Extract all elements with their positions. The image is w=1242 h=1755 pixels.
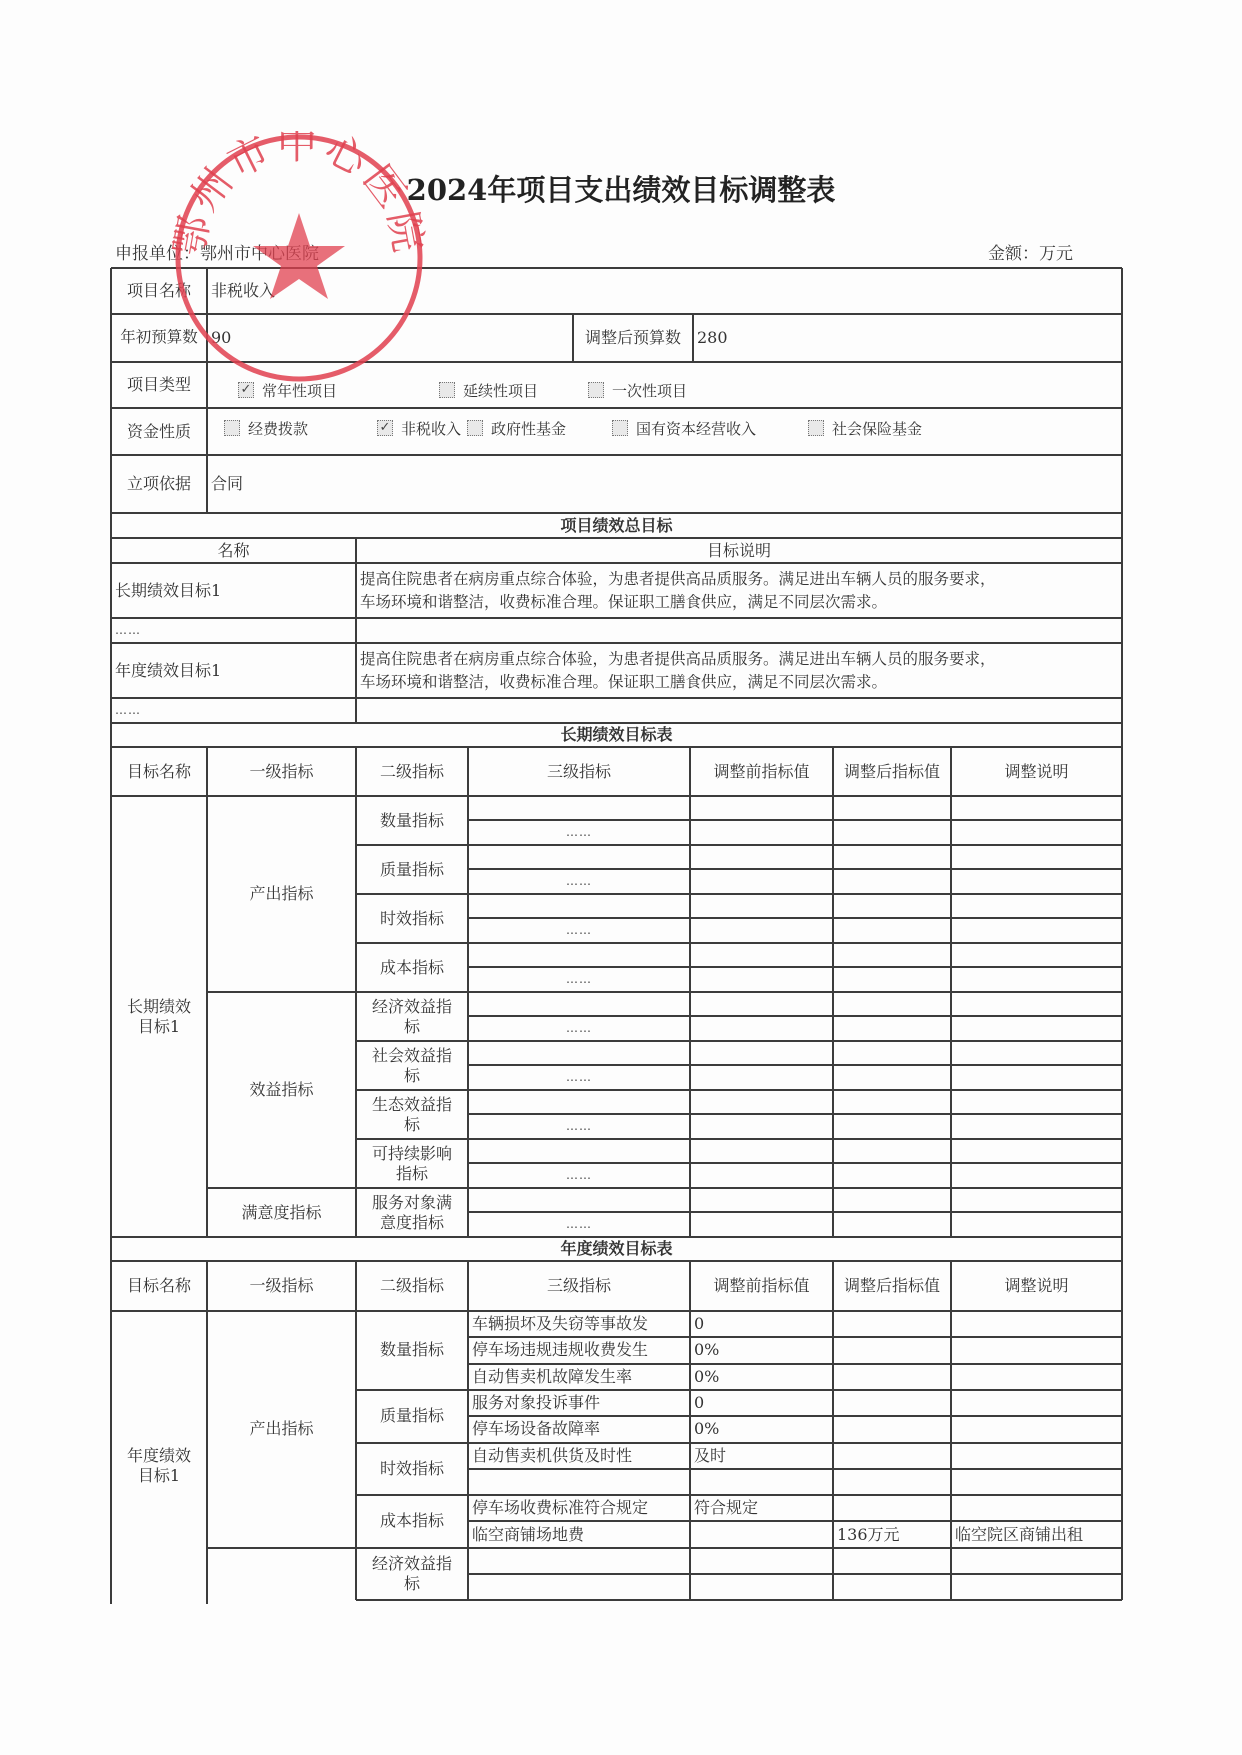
value-before[interactable]: 0% (690, 1337, 833, 1363)
level3-indicator: 停车场违规违规收费发生 (468, 1337, 690, 1363)
level3-placeholder: …… (468, 1114, 690, 1139)
value-after[interactable]: 136万元 (833, 1521, 951, 1547)
level2-indicator: 可持续影响 指标 (356, 1139, 468, 1188)
value-after[interactable] (833, 1495, 951, 1521)
goal-description-line: 车场环境和谐整洁，收费标准合理。保证职工膳食供应，满足不同层次需求。 (360, 591, 887, 614)
fund-nature-label: 资金性质 (111, 408, 207, 455)
level3-indicator (468, 1548, 690, 1574)
level3-indicator (468, 1574, 690, 1600)
column-header: 调整前指标值 (690, 747, 833, 796)
goal-description (356, 618, 1122, 643)
value-before[interactable] (690, 1548, 833, 1574)
value-after[interactable] (833, 1443, 951, 1469)
value-after[interactable] (833, 1311, 951, 1337)
value-before[interactable]: 0% (690, 1416, 833, 1442)
project-type-option-label: 常年性项目 (262, 380, 337, 401)
project-type-option-label: 延续性项目 (463, 380, 538, 401)
annual-goal-name: 年度绩效 目标1 (111, 1311, 207, 1620)
adjustment-note[interactable] (951, 1495, 1122, 1521)
column-header: 调整后指标值 (833, 747, 951, 796)
adjustment-note[interactable] (951, 1337, 1122, 1363)
col-header-desc: 目标说明 (356, 538, 1122, 563)
column-header: 目标名称 (111, 747, 207, 796)
column-header: 一级指标 (207, 747, 356, 796)
column-header: 一级指标 (207, 1261, 356, 1311)
level2-indicator: 数量指标 (356, 796, 468, 845)
table-rule (950, 1311, 952, 1600)
value-after[interactable] (833, 1337, 951, 1363)
value-before[interactable]: 0 (690, 1390, 833, 1416)
table-rule (467, 1311, 469, 1600)
goal-name: …… (111, 618, 356, 643)
section-title-overall: 项目绩效总目标 (111, 513, 1122, 538)
level2-indicator: 质量指标 (356, 1390, 468, 1443)
level2-indicator: 成本指标 (356, 943, 468, 992)
level3-placeholder: …… (468, 820, 690, 845)
goal-name: 年度绩效目标1 (111, 643, 356, 698)
level2-indicator: 社会效益指 标 (356, 1041, 468, 1090)
column-header: 三级指标 (468, 747, 690, 796)
goal-description: 提高住院患者在病房重点综合体验，为患者提供高品质服务。满足进出车辆人员的服务要求… (356, 563, 1122, 618)
level1-indicator: 效益指标 (207, 992, 356, 1188)
goal-description-line: 提高住院患者在病房重点综合体验，为患者提供高品质服务。满足进出车辆人员的服务要求… (360, 648, 996, 671)
fund-nature-option-label: 政府性基金 (491, 418, 566, 439)
value-after[interactable] (833, 1364, 951, 1390)
level3-indicator: 临空商铺场地费 (468, 1521, 690, 1547)
level2-indicator: 时效指标 (356, 894, 468, 943)
level2-indicator: 服务对象满 意度指标 (356, 1188, 468, 1237)
table-rule (467, 796, 469, 1237)
goal-description-line: 提高住院患者在病房重点综合体验，为患者提供高品质服务。满足进出车辆人员的服务要求… (360, 568, 996, 591)
goal-description-line: 车场环境和谐整洁，收费标准合理。保证职工膳食供应，满足不同层次需求。 (360, 671, 887, 694)
adjusted-budget-label: 调整后预算数 (573, 314, 693, 362)
initial-budget-value: 90 (207, 314, 573, 362)
amount-unit: 金额：万元 (988, 239, 1073, 264)
applicant-name: 鄂州市中心医院 (200, 244, 319, 264)
level3-indicator: 自动售卖机故障发生率 (468, 1364, 690, 1390)
initial-budget-label: 年初预算数 (111, 314, 207, 362)
value-before[interactable] (690, 1521, 833, 1547)
col-header-name: 名称 (111, 538, 356, 563)
level2-indicator: 质量指标 (356, 845, 468, 894)
table-rule (689, 796, 691, 1237)
page-title: 2024年项目支出绩效目标调整表 (0, 168, 1242, 209)
section-title-annual: 年度绩效目标表 (111, 1237, 1122, 1261)
level3-placeholder: …… (468, 1016, 690, 1041)
level3-placeholder: …… (468, 1163, 690, 1188)
level1-indicator: 满意度指标 (207, 1188, 356, 1237)
fund-nature-checkbox-3[interactable] (612, 420, 628, 436)
column-header: 调整前指标值 (690, 1261, 833, 1311)
goal-description: 提高住院患者在病房重点综合体验，为患者提供高品质服务。满足进出车辆人员的服务要求… (356, 643, 1122, 698)
value-after[interactable] (833, 1469, 951, 1495)
table-rule (355, 796, 357, 1237)
level3-indicator: 停车场设备故障率 (468, 1416, 690, 1442)
column-header: 二级指标 (356, 1261, 468, 1311)
level3-placeholder: …… (468, 918, 690, 943)
value-after[interactable] (833, 1390, 951, 1416)
fund-nature-checkbox-4[interactable] (808, 420, 824, 436)
column-header: 三级指标 (468, 1261, 690, 1311)
level3-indicator: 车辆损坏及失窃等事故发 (468, 1311, 690, 1337)
project-name-value: 非税收入 (207, 268, 1122, 314)
applicant-unit: 申报单位：鄂州市中心医院 (115, 239, 319, 264)
fund-nature-option-label: 经费拨款 (248, 418, 308, 439)
fund-nature-option-label: 社会保险基金 (832, 418, 922, 439)
adjustment-note[interactable] (951, 1469, 1122, 1495)
project-type-option-label: 一次性项目 (612, 380, 687, 401)
fund-nature-checkbox-0[interactable] (224, 420, 240, 436)
adjustment-note[interactable] (951, 1574, 1122, 1600)
adjusted-budget-value: 280 (693, 314, 1122, 362)
level1-indicator (207, 1548, 356, 1601)
project-type-checkbox-0[interactable]: ✓ (238, 382, 254, 398)
value-after[interactable] (833, 1574, 951, 1600)
level3-indicator: 服务对象投诉事件 (468, 1390, 690, 1416)
applicant-label: 申报单位： (115, 244, 200, 264)
column-header: 目标名称 (111, 1261, 207, 1311)
adjustment-note[interactable] (951, 1416, 1122, 1442)
column-header: 调整说明 (951, 747, 1122, 796)
level2-indicator: 经济效益指 标 (356, 992, 468, 1041)
level2-indicator: 数量指标 (356, 1311, 468, 1390)
project-basis-label: 立项依据 (111, 455, 207, 513)
adjustment-note[interactable] (951, 1364, 1122, 1390)
project-type-checkbox-2[interactable] (588, 382, 604, 398)
value-before[interactable] (690, 1574, 833, 1600)
table-rule (950, 796, 952, 1237)
adjustment-note[interactable] (951, 1311, 1122, 1337)
table-rule (832, 1311, 834, 1600)
level1-indicator: 产出指标 (207, 796, 356, 992)
fund-nature-option-label: 非税收入 (401, 418, 461, 439)
adjustment-note[interactable] (951, 1443, 1122, 1469)
goal-description (356, 698, 1122, 723)
level1-indicator: 产出指标 (207, 1311, 356, 1548)
goal-name: …… (111, 698, 356, 723)
level3-placeholder: …… (468, 967, 690, 992)
value-before[interactable]: 符合规定 (690, 1495, 833, 1521)
goal-name: 长期绩效目标1 (111, 563, 356, 618)
project-name-label: 项目名称 (111, 268, 207, 314)
table-rule (355, 1311, 357, 1600)
section-title-long-term: 长期绩效目标表 (111, 723, 1122, 747)
value-after[interactable] (833, 1548, 951, 1574)
table-rule (832, 796, 834, 1237)
fund-nature-checkbox-2[interactable] (467, 420, 483, 436)
table-rule (689, 1311, 691, 1600)
level2-indicator: 生态效益指 标 (356, 1090, 468, 1139)
fund-nature-checkbox-1[interactable]: ✓ (377, 420, 393, 436)
checkmark-icon: ✓ (380, 420, 391, 435)
table-rule (356, 1599, 1122, 1601)
level2-indicator: 时效指标 (356, 1443, 468, 1496)
level3-placeholder: …… (468, 869, 690, 894)
table-rule (111, 407, 1122, 409)
project-type-checkbox-1[interactable] (439, 382, 455, 398)
level3-indicator: 自动售卖机供货及时性 (468, 1443, 690, 1469)
column-header: 调整说明 (951, 1261, 1122, 1311)
checkmark-icon: ✓ (241, 382, 252, 397)
value-before[interactable] (690, 1469, 833, 1495)
level3-placeholder: …… (468, 1212, 690, 1237)
column-header: 二级指标 (356, 747, 468, 796)
level2-indicator: 成本指标 (356, 1495, 468, 1548)
adjustment-note[interactable]: 临空院区商铺出租 (951, 1521, 1122, 1547)
value-before[interactable]: 0% (690, 1364, 833, 1390)
fund-nature-option-label: 国有资本经营收入 (636, 418, 756, 439)
long-term-goal-name: 长期绩效 目标1 (111, 796, 207, 1237)
adjustment-note[interactable] (951, 1390, 1122, 1416)
value-after[interactable] (833, 1416, 951, 1442)
column-header: 调整后指标值 (833, 1261, 951, 1311)
level3-placeholder: …… (468, 1065, 690, 1090)
adjustment-note[interactable] (951, 1548, 1122, 1574)
value-before[interactable]: 0 (690, 1311, 833, 1337)
level2-indicator: 经济效益指 标 (356, 1548, 468, 1601)
value-before[interactable]: 及时 (690, 1443, 833, 1469)
project-basis-value: 合同 (207, 455, 1122, 513)
level3-indicator (468, 1469, 690, 1495)
level3-indicator: 停车场收费标准符合规定 (468, 1495, 690, 1521)
project-type-label: 项目类型 (111, 362, 207, 408)
